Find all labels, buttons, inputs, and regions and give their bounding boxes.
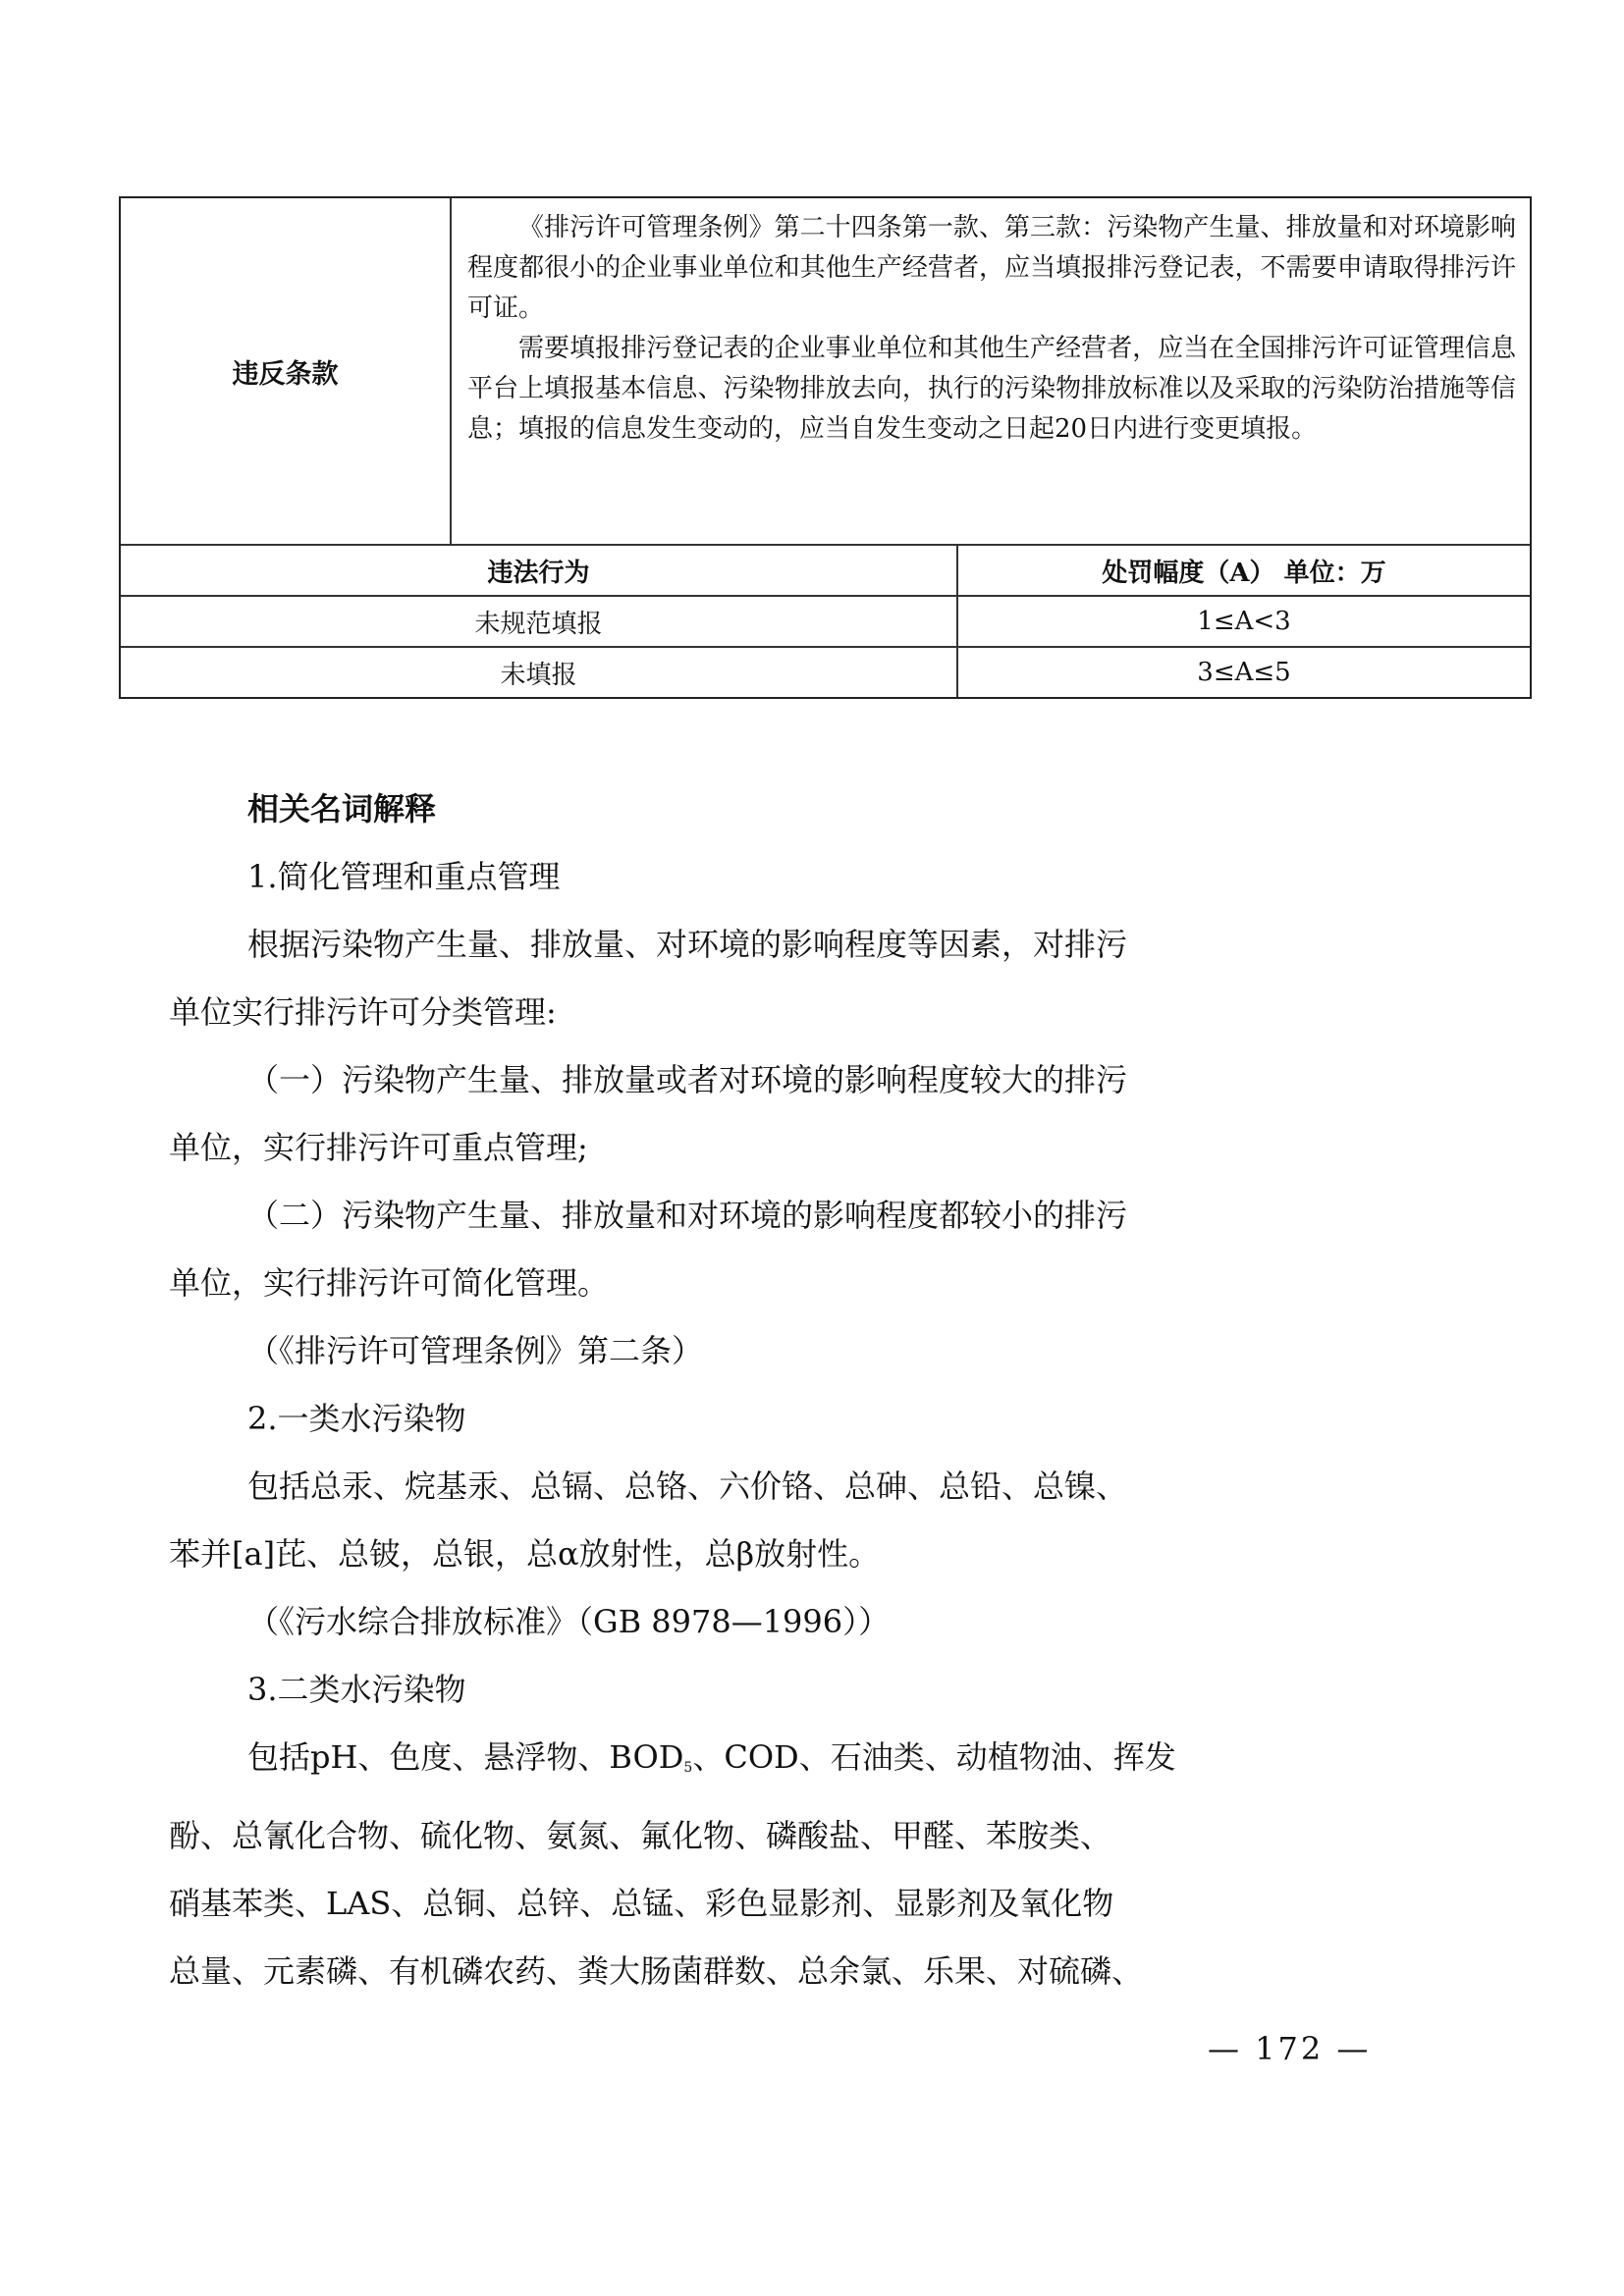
body-text: 包括pH、色度、悬浮物、BOD: [247, 1738, 683, 1776]
body-line: （《污水综合排放标准》（GB 8978—1996））: [247, 1588, 1377, 1656]
clause-label: 违反条款: [121, 198, 452, 544]
body-line: 单位，实行排污许可重点管理;: [169, 1114, 1377, 1182]
body-line: 2.一类水污染物: [247, 1385, 1377, 1453]
body-line: （一）污染物产生量、排放量或者对环境的影响程度较大的排污: [247, 1046, 1377, 1114]
body-line: 单位，实行排污许可简化管理。: [169, 1250, 1377, 1317]
header-penalty: 处罚幅度（A） 单位：万: [958, 546, 1530, 595]
body-line: 酚、总氰化合物、硫化物、氨氮、氟化物、磷酸盐、甲醛、苯胺类、: [169, 1802, 1377, 1870]
body-line: （二）污染物产生量、排放量和对环境的影响程度都较小的排污: [247, 1182, 1377, 1250]
body-line: 硝基苯类、LAS、总铜、总锌、总锰、彩色显影剂、显影剂及氧化物: [169, 1870, 1377, 1938]
section-title: 相关名词解释: [247, 775, 1377, 843]
clause-text: 《排污许可管理条例》第二十四条第一款、第三款：污染物产生量、排放量和对环境影响程…: [452, 198, 1530, 544]
body-line: 包括pH、色度、悬浮物、BOD5、COD、石油类、动植物油、挥发: [247, 1724, 1377, 1802]
clause-paragraph: 需要填报排污登记表的企业事业单位和其他生产经营者，应当在全国排污许可证管理信息平…: [467, 329, 1516, 450]
header-behavior: 违法行为: [121, 546, 958, 595]
clause-row: 违反条款 《排污许可管理条例》第二十四条第一款、第三款：污染物产生量、排放量和对…: [121, 198, 1530, 544]
body-line: 苯并[a]芘、总铍，总银，总α放射性，总β放射性。: [169, 1521, 1377, 1588]
body-line: 3.二类水污染物: [247, 1656, 1377, 1724]
subscript: 5: [683, 1760, 692, 1776]
behavior-cell: 未规范填报: [121, 597, 958, 646]
clause-paragraph: 《排污许可管理条例》第二十四条第一款、第三款：污染物产生量、排放量和对环境影响程…: [467, 208, 1516, 329]
page-number: — 172 —: [1208, 2030, 1371, 2067]
body-text: 、COD、石油类、动植物油、挥发: [692, 1738, 1175, 1776]
behavior-cell: 未填报: [121, 648, 958, 697]
definitions-section: 相关名词解释 1.简化管理和重点管理 根据污染物产生量、排放量、对环境的影响程度…: [247, 775, 1377, 2005]
penalty-table: 违反条款 《排污许可管理条例》第二十四条第一款、第三款：污染物产生量、排放量和对…: [119, 196, 1532, 699]
table-row: 未规范填报 1≤A<3: [121, 595, 1530, 646]
table-row: 未填报 3≤A≤5: [121, 646, 1530, 697]
body-line: 根据污染物产生量、排放量、对环境的影响程度等因素，对排污: [247, 911, 1377, 979]
body-line: 包括总汞、烷基汞、总镉、总铬、六价铬、总砷、总铅、总镍、: [247, 1453, 1377, 1521]
body-line: （《排污许可管理条例》第二条）: [247, 1317, 1377, 1385]
body-line: 总量、元素磷、有机磷农药、粪大肠菌群数、总余氯、乐果、对硫磷、: [169, 1938, 1377, 2005]
penalty-cell: 1≤A<3: [958, 597, 1530, 646]
body-line: 单位实行排污许可分类管理:: [169, 979, 1377, 1046]
penalty-cell: 3≤A≤5: [958, 648, 1530, 697]
table-header-row: 违法行为 处罚幅度（A） 单位：万: [121, 544, 1530, 595]
body-line: 1.简化管理和重点管理: [247, 843, 1377, 911]
